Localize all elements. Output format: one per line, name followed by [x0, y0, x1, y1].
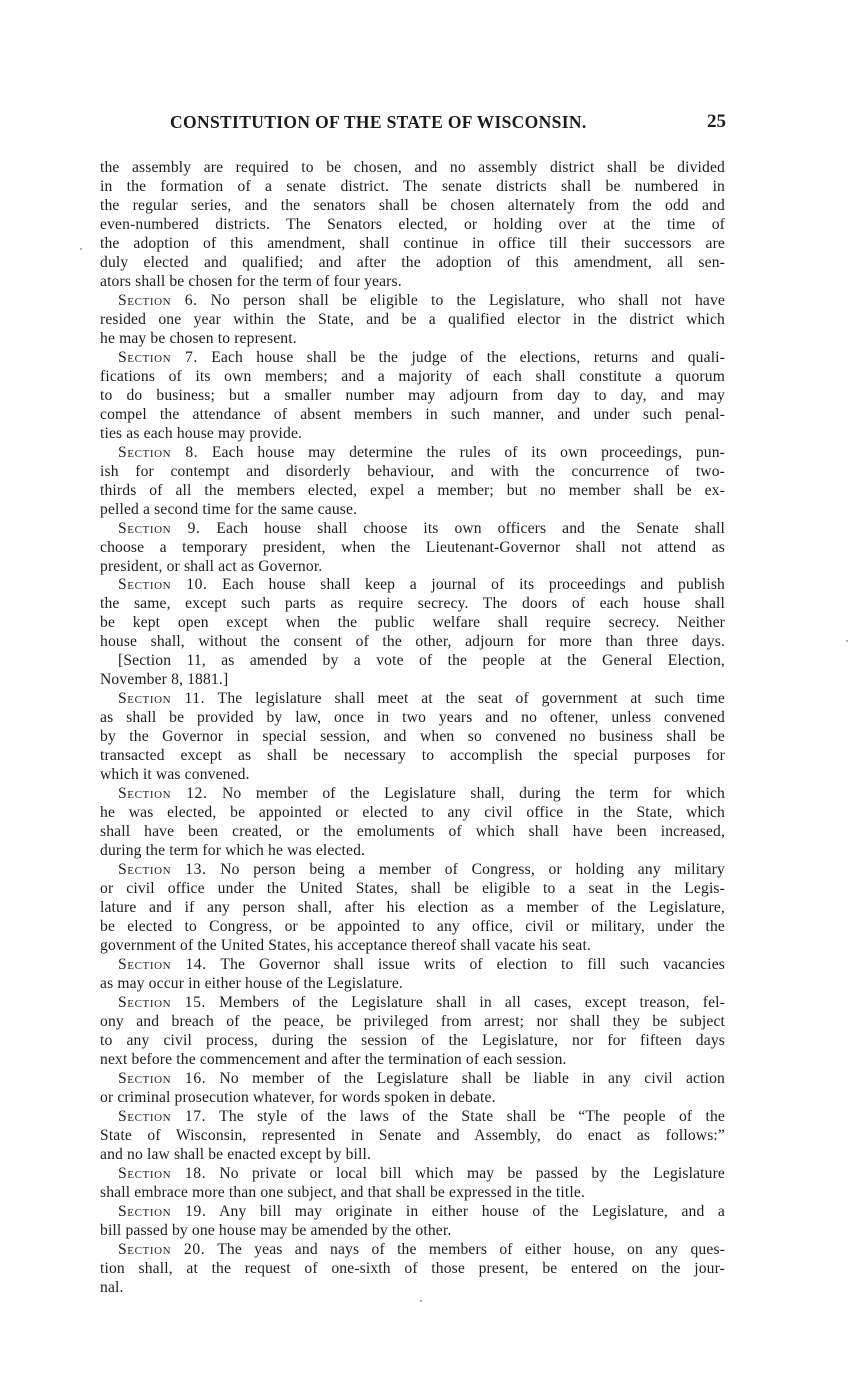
section-start-line: Section 7. Each house shall be the judge…	[118, 348, 725, 367]
line-text: pelled a second time for the same cause.	[100, 501, 357, 518]
line-text: ish for contempt and disorderly behaviou…	[100, 463, 725, 480]
line-text: shall have been created, or the emolumen…	[100, 823, 725, 840]
text-line: even-numbered districts. The Senators el…	[100, 215, 725, 234]
line-text: ony and breach of the peace, be privileg…	[100, 1013, 725, 1030]
line-text: Each house shall keep a journal of its p…	[208, 576, 725, 593]
text-line: by the Governor in special session, and …	[100, 727, 725, 746]
section-label: Section 9.	[118, 520, 200, 537]
section-label: Section 13.	[118, 861, 207, 878]
scan-speck	[846, 640, 848, 642]
line-text: nal.	[100, 1279, 124, 1296]
section-start-line: Section 16. No member of the Legislature…	[118, 1069, 725, 1088]
section-label: Section 6.	[118, 292, 198, 309]
text-line: and no law shall be enacted except by bi…	[100, 1145, 725, 1164]
text-line: the adoption of this amendment, shall co…	[100, 234, 725, 253]
line-text: by the Governor in special session, and …	[100, 728, 725, 745]
text-line: government of the United States, his acc…	[100, 936, 725, 955]
line-text: he may be chosen to represent.	[100, 330, 297, 347]
section-label: Section 19.	[118, 1203, 206, 1220]
line-text: Any bill may originate in either house o…	[206, 1203, 725, 1220]
section-start-line: Section 6. No person shall be eligible t…	[118, 291, 725, 310]
section-start-line: Section 13. No person being a member of …	[118, 860, 725, 879]
line-text: November 8, 1881.]	[100, 671, 228, 688]
line-text: Each house shall choose its own officers…	[200, 520, 725, 537]
line-text: during the term for which he was elected…	[100, 842, 365, 859]
section-label: Section 12.	[118, 785, 207, 802]
line-text: as may occur in either house of the Legi…	[100, 975, 403, 992]
text-line: the regular series, and the senators sha…	[100, 196, 725, 215]
line-text: the adoption of this amendment, shall co…	[100, 235, 725, 252]
text-line: be elected to Congress, or be appointed …	[100, 917, 725, 936]
section-label: Section 8.	[118, 444, 198, 461]
text-line: duly elected and qualified; and after th…	[100, 253, 725, 272]
page-number: 25	[707, 111, 726, 133]
text-line: he was elected, be appointed or elected …	[100, 803, 725, 822]
text-line: compel the attendance of absent members …	[100, 405, 725, 424]
section-label: Section 20.	[118, 1241, 205, 1258]
line-text: in the formation of a senate district. T…	[100, 178, 725, 195]
text-line: in the formation of a senate district. T…	[100, 177, 725, 196]
text-line: transacted except as shall be necessary …	[100, 746, 725, 765]
text-line: house shall, without the consent of the …	[100, 632, 725, 651]
section-label: Section 11.	[118, 690, 205, 707]
line-text: as shall be provided by law, once in two…	[100, 709, 725, 726]
line-text: ators shall be chosen for the term of fo…	[100, 273, 402, 290]
text-line: shall have been created, or the emolumen…	[100, 822, 725, 841]
text-line: to any civil process, during the session…	[100, 1031, 725, 1050]
text-line: November 8, 1881.]	[100, 670, 725, 689]
line-text: to do business; but a smaller number may…	[100, 387, 725, 404]
section-label: Section 7.	[118, 349, 198, 366]
running-head-title: CONSTITUTION OF THE STATE OF WISCONSIN.	[170, 112, 587, 133]
section-start-line: Section 19. Any bill may originate in ei…	[118, 1202, 725, 1221]
text-line: or civil office under the United States,…	[100, 879, 725, 898]
line-text: which it was convened.	[100, 766, 250, 783]
line-text: resided one year within the State, and b…	[100, 311, 725, 328]
section-label: Section 14.	[118, 956, 207, 973]
line-text: [Section 11, as amended by a vote of the…	[118, 652, 725, 669]
text-line: ators shall be chosen for the term of fo…	[100, 272, 725, 291]
text-line: thirds of all the members elected, expel…	[100, 481, 725, 500]
text-line: nal.	[100, 1278, 725, 1297]
line-text: be elected to Congress, or be appointed …	[100, 918, 725, 935]
section-label: Section 15.	[118, 994, 206, 1011]
line-text: No member of the Legislature shall, duri…	[207, 785, 725, 802]
text-line: ish for contempt and disorderly behaviou…	[100, 462, 725, 481]
text-line: tion shall, at the request of one-sixth …	[100, 1259, 725, 1278]
line-text: the assembly are required to be chosen, …	[100, 159, 725, 176]
line-text: shall embrace more than one subject, and…	[100, 1184, 585, 1201]
line-text: he was elected, be appointed or elected …	[100, 804, 725, 821]
section-start-line: Section 18. No private or local bill whi…	[118, 1164, 725, 1183]
text-line: during the term for which he was elected…	[100, 841, 725, 860]
text-line: lature and if any person shall, after hi…	[100, 898, 725, 917]
section-label: Section 10.	[118, 576, 208, 593]
section-start-line: Section 17. The style of the laws of the…	[118, 1107, 725, 1126]
text-line: as may occur in either house of the Legi…	[100, 974, 725, 993]
line-text: be kept open except when the public welf…	[100, 614, 725, 631]
line-text: next before the commencement and after t…	[100, 1051, 567, 1068]
text-line: next before the commencement and after t…	[100, 1050, 725, 1069]
line-text: lature and if any person shall, after hi…	[100, 899, 725, 916]
section-start-line: Section 11. The legislature shall meet a…	[118, 689, 725, 708]
line-text: State of Wisconsin, represented in Senat…	[100, 1127, 725, 1144]
text-line: shall embrace more than one subject, and…	[100, 1183, 725, 1202]
text-line: the same, except such parts as require s…	[100, 594, 725, 613]
text-line: State of Wisconsin, represented in Senat…	[100, 1126, 725, 1145]
section-start-line: Section 9. Each house shall choose its o…	[118, 519, 725, 538]
line-text: transacted except as shall be necessary …	[100, 747, 725, 764]
line-text: bill passed by one house may be amended …	[100, 1222, 451, 1239]
line-text: fications of its own members; and a majo…	[100, 368, 725, 385]
line-text: The legislature shall meet at the seat o…	[205, 690, 725, 707]
text-line: choose a temporary president, when the L…	[100, 538, 725, 557]
text-line: pelled a second time for the same cause.	[100, 500, 725, 519]
line-text: No member of the Legislature shall be li…	[206, 1070, 725, 1087]
line-text: or criminal prosecution whatever, for wo…	[100, 1089, 496, 1106]
line-text: and no law shall be enacted except by bi…	[100, 1146, 371, 1163]
line-text: Each house shall be the judge of the ele…	[198, 349, 725, 366]
text-line: [Section 11, as amended by a vote of the…	[118, 651, 725, 670]
text-line: the assembly are required to be chosen, …	[100, 158, 725, 177]
text-line: ony and breach of the peace, be privileg…	[100, 1012, 725, 1031]
running-head: CONSTITUTION OF THE STATE OF WISCONSIN. …	[170, 112, 730, 138]
line-text: choose a temporary president, when the L…	[100, 539, 725, 556]
line-text: to any civil process, during the session…	[100, 1032, 725, 1049]
text-line: which it was convened.	[100, 765, 725, 784]
line-text: ties as each house may provide.	[100, 425, 302, 442]
line-text: The yeas and nays of the members of eith…	[205, 1241, 725, 1258]
text-line: to do business; but a smaller number may…	[100, 386, 725, 405]
line-text: No person being a member of Congress, or…	[207, 861, 725, 878]
text-line: be kept open except when the public welf…	[100, 613, 725, 632]
line-text: The Governor shall issue writs of electi…	[207, 956, 725, 973]
line-text: compel the attendance of absent members …	[100, 406, 725, 423]
line-text: or civil office under the United States,…	[100, 880, 725, 897]
text-line: president, or shall act as Governor.	[100, 557, 725, 576]
text-line: ties as each house may provide.	[100, 424, 725, 443]
line-text: tion shall, at the request of one-sixth …	[100, 1260, 725, 1277]
section-start-line: Section 10. Each house shall keep a jour…	[118, 575, 725, 594]
section-start-line: Section 12. No member of the Legislature…	[118, 784, 725, 803]
section-start-line: Section 14. The Governor shall issue wri…	[118, 955, 725, 974]
line-text: Each house may determine the rules of it…	[198, 444, 725, 461]
section-label: Section 18.	[118, 1165, 206, 1182]
line-text: government of the United States, his acc…	[100, 937, 591, 954]
line-text: No person shall be eligible to the Legis…	[198, 292, 725, 309]
line-text: thirds of all the members elected, expel…	[100, 482, 725, 499]
scan-speck	[80, 248, 82, 250]
section-label: Section 16.	[118, 1070, 206, 1087]
line-text: the regular series, and the senators sha…	[100, 197, 725, 214]
text-line: resided one year within the State, and b…	[100, 310, 725, 329]
line-text: duly elected and qualified; and after th…	[100, 254, 725, 271]
section-start-line: Section 20. The yeas and nays of the mem…	[118, 1240, 725, 1259]
line-text: No private or local bill which may be pa…	[206, 1165, 725, 1182]
line-text: Members of the Legislature shall in all …	[206, 994, 725, 1011]
scan-speck	[420, 1300, 422, 1302]
line-text: The style of the laws of the State shall…	[206, 1108, 725, 1125]
text-line: he may be chosen to represent.	[100, 329, 725, 348]
text-line: as shall be provided by law, once in two…	[100, 708, 725, 727]
line-text: even-numbered districts. The Senators el…	[100, 216, 725, 233]
text-line: or criminal prosecution whatever, for wo…	[100, 1088, 725, 1107]
text-line: fications of its own members; and a majo…	[100, 367, 725, 386]
line-text: the same, except such parts as require s…	[100, 595, 725, 612]
line-text: president, or shall act as Governor.	[100, 558, 322, 575]
line-text: house shall, without the consent of the …	[100, 633, 725, 650]
text-line: bill passed by one house may be amended …	[100, 1221, 725, 1240]
section-start-line: Section 8. Each house may determine the …	[118, 443, 725, 462]
section-start-line: Section 15. Members of the Legislature s…	[118, 993, 725, 1012]
section-label: Section 17.	[118, 1108, 206, 1125]
